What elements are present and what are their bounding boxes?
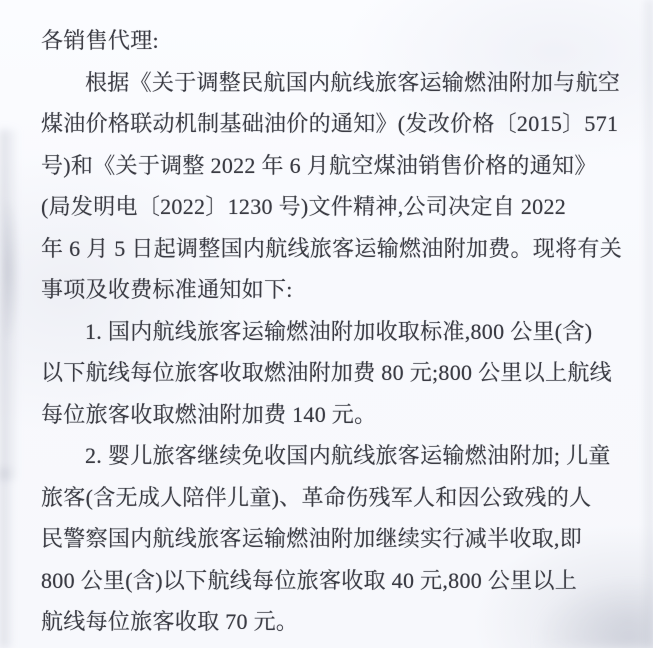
scan-artifact-mid-left-blotch [4,200,20,340]
scan-artifact-left-streak [0,130,18,480]
document-page: 各销售代理:根据《关于调整民航国内航线旅客运输燃油附加与航空煤油价格联动机制基础… [0,0,653,648]
text-line: 航线每位旅客收取 70 元。 [41,601,621,643]
text-line: 号)和《关于调整 2022 年 6 月航空煤油销售价格的通知》 [41,145,621,187]
text-line: 每位旅客收取燃油附加费 140 元。 [41,394,621,436]
scan-artifact-left-lower [0,468,14,648]
text-line: 以下航线每位旅客收取燃油附加费 80 元;800 公里以上航线 [41,352,621,394]
text-line: 事项及收费标准通知如下: [41,269,621,311]
text-line: 民警察国内航线旅客运输燃油附加继续实行减半收取,即 [41,518,621,560]
text-line: 2. 婴儿旅客继续免收国内航线旅客运输燃油附加; 儿童 [41,435,621,477]
scan-artifact-right-band [641,0,653,648]
text-line: 年 6 月 5 日起调整国内航线旅客运输燃油附加费。现将有关 [41,228,621,270]
text-line: 根据《关于调整民航国内航线旅客运输燃油附加与航空 [41,62,621,104]
text-line: (局发明电〔2022〕1230 号)文件精神,公司决定自 2022 [41,186,621,228]
text-line: 800 公里(含)以下航线每位旅客收取 40 元,800 公里以上 [41,560,621,602]
text-line: 煤油价格联动机制基础油价的通知》(发改价格〔2015〕571 [41,103,621,145]
text-line: 旅客(含无成人陪伴儿童)、革命伤残军人和因公致残的人 [41,477,621,519]
text-line: 1. 国内航线旅客运输燃油附加收取标准,800 公里(含) [41,311,621,353]
text-line: 各销售代理: [41,20,621,62]
notice-body: 各销售代理:根据《关于调整民航国内航线旅客运输燃油附加与航空煤油价格联动机制基础… [41,20,621,643]
